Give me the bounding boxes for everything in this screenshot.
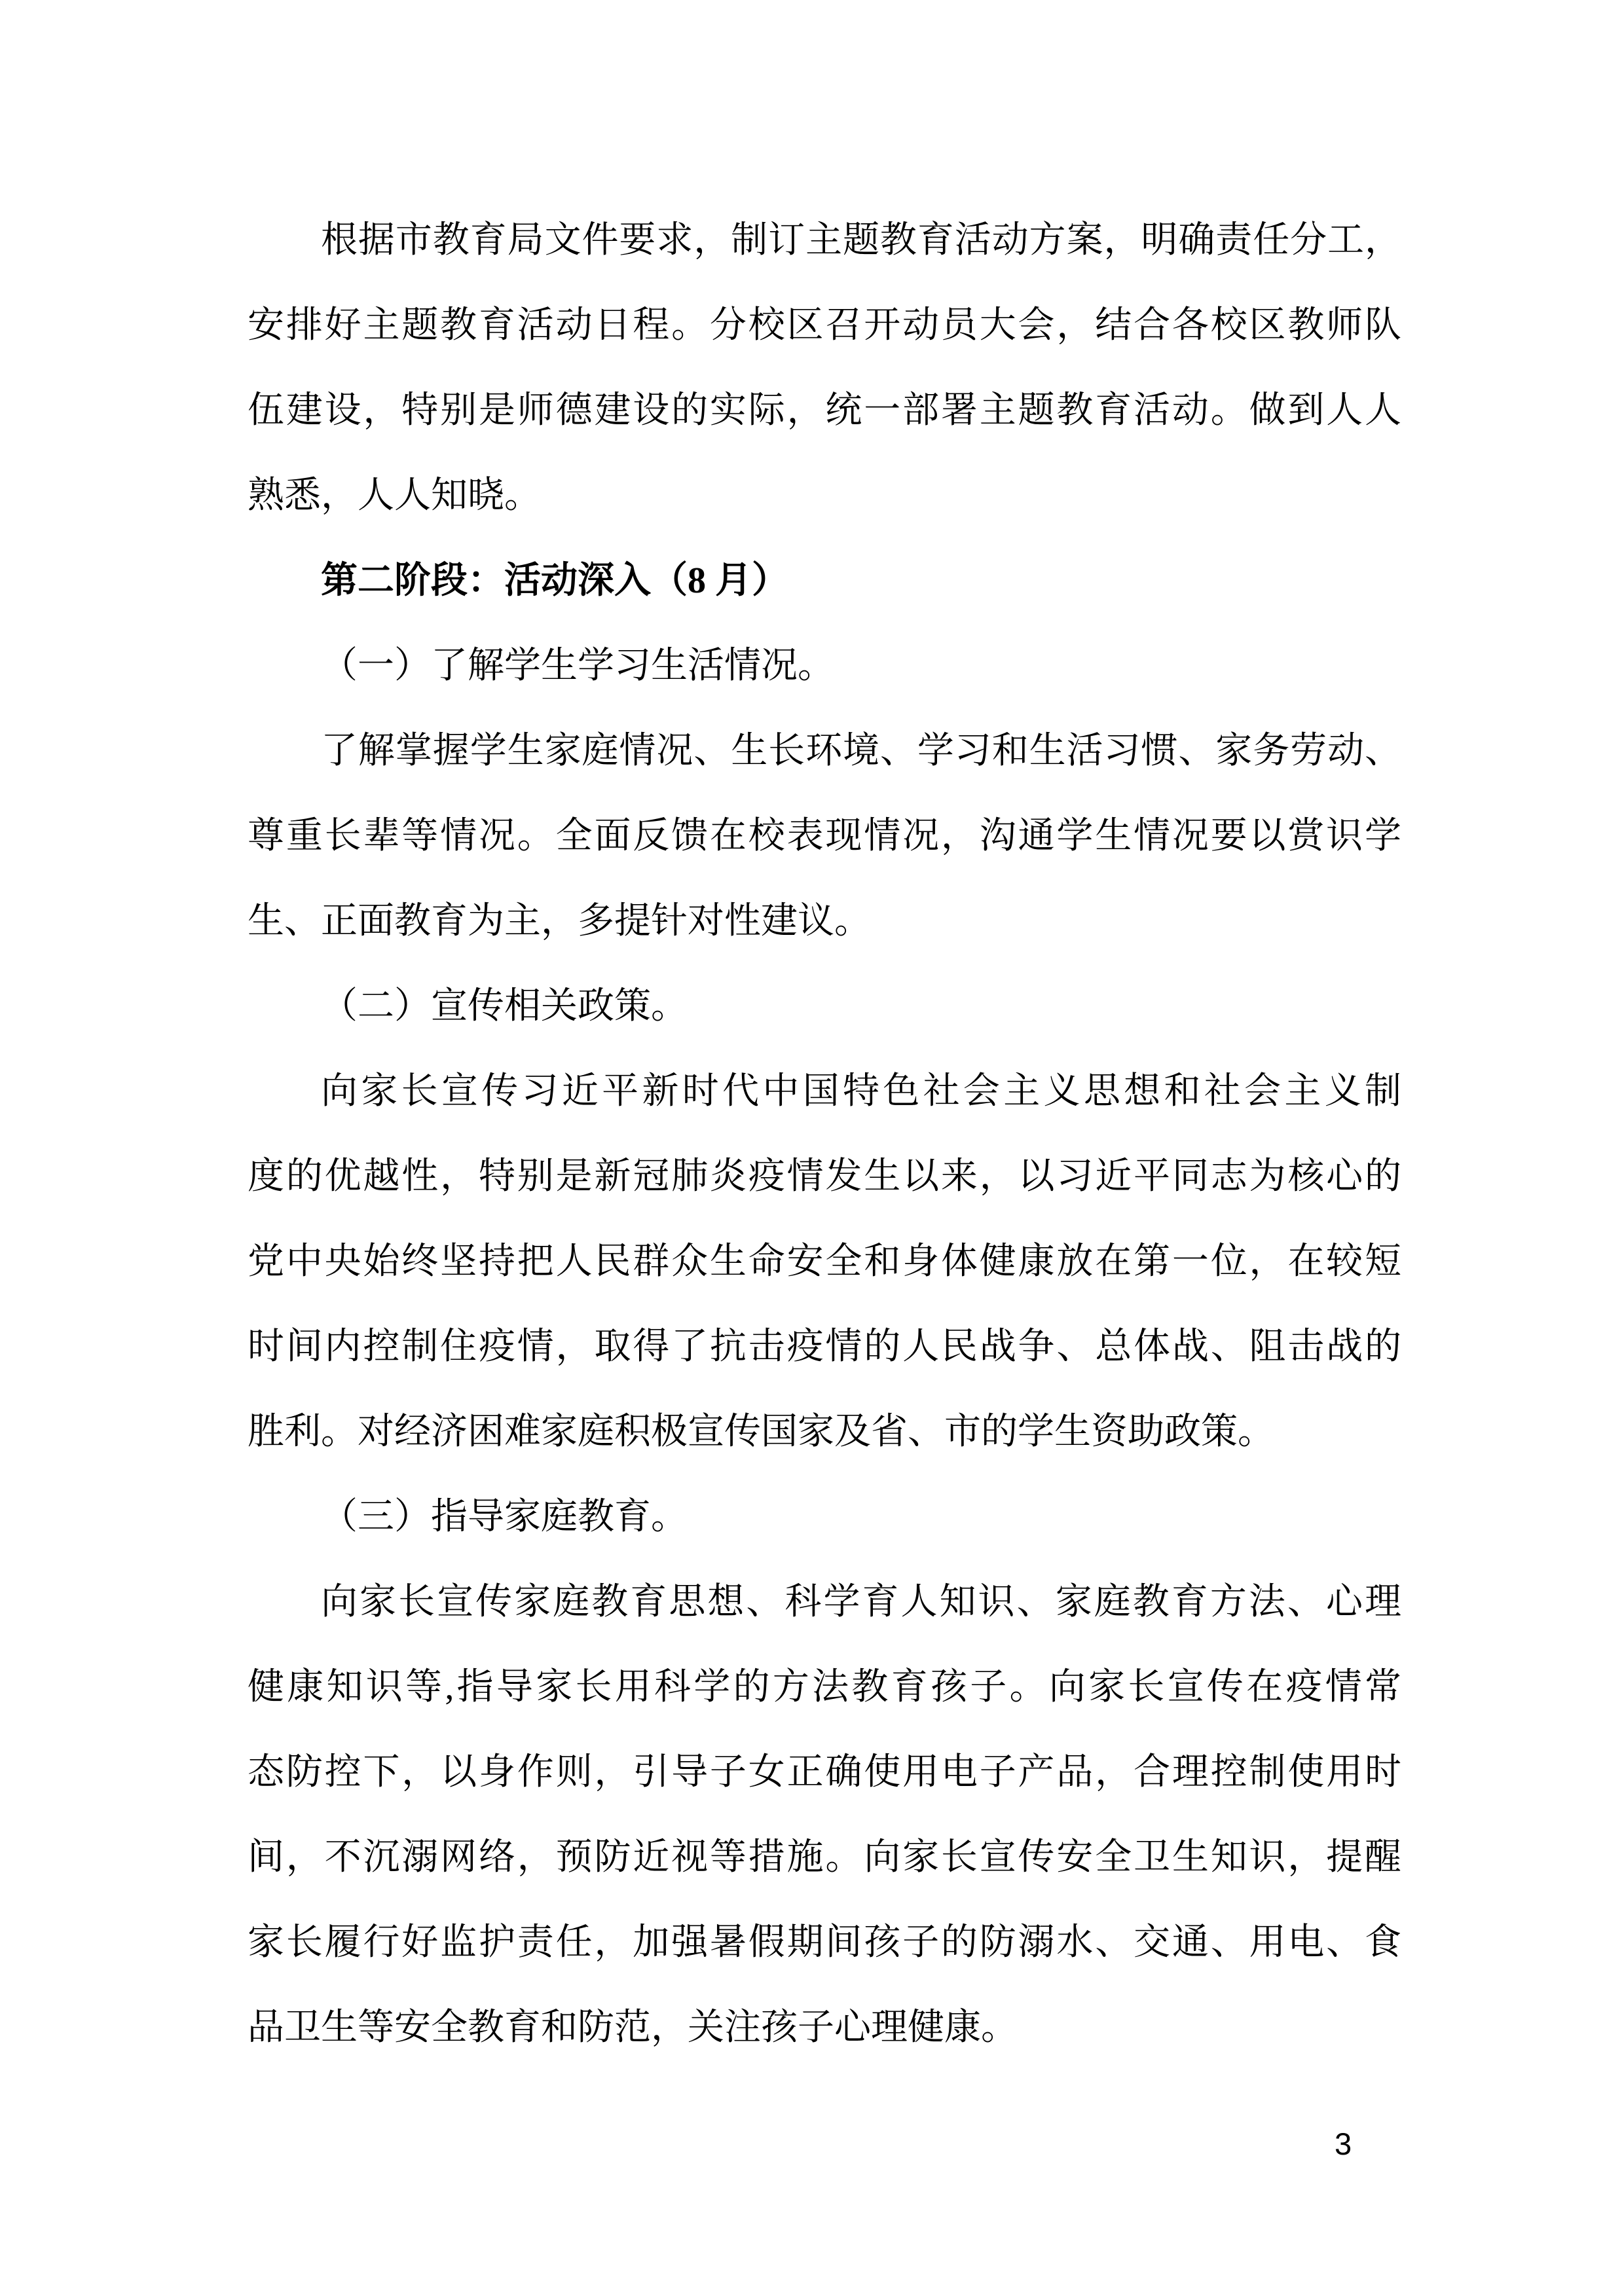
text-line: 品卫生等安全教育和防范，关注孩子心理健康。 bbox=[248, 1985, 1401, 2070]
text-line: 度的优越性，特别是新冠肺炎疫情发生以来，以习近平同志为核心的 bbox=[248, 1134, 1401, 1219]
text-line: 党中央始终坚持把人民群众生命安全和身体健康放在第一位，在较短 bbox=[248, 1219, 1401, 1304]
text-line: （一）了解学生学习生活情况。 bbox=[248, 623, 1401, 708]
text-line: 向家长宣传家庭教育思想、科学育人知识、家庭教育方法、心理 bbox=[248, 1559, 1401, 1645]
text-line: 向家长宣传习近平新时代中国特色社会主义思想和社会主义制 bbox=[248, 1049, 1401, 1134]
document-body: 根据市教育局文件要求，制订主题教育活动方案，明确责任分工，安排好主题教育活动日程… bbox=[248, 198, 1401, 2070]
text-line: 根据市教育局文件要求，制订主题教育活动方案，明确责任分工， bbox=[248, 198, 1401, 283]
text-line: 间，不沉溺网络，预防近视等措施。向家长宣传安全卫生知识，提醒 bbox=[248, 1815, 1401, 1900]
text-line: 时间内控制住疫情，取得了抗击疫情的人民战争、总体战、阻击战的 bbox=[248, 1304, 1401, 1389]
text-line: （二）宣传相关政策。 bbox=[248, 964, 1401, 1049]
text-line: 生、正面教育为主，多提针对性建议。 bbox=[248, 879, 1401, 964]
text-line: 胜利。对经济困难家庭积极宣传国家及省、市的学生资助政策。 bbox=[248, 1389, 1401, 1474]
text-line: （三）指导家庭教育。 bbox=[248, 1474, 1401, 1559]
text-line: 家长履行好监护责任，加强暑假期间孩子的防溺水、交通、用电、食 bbox=[248, 1900, 1401, 1985]
text-line: 了解掌握学生家庭情况、生长环境、学习和生活习惯、家务劳动、 bbox=[248, 708, 1401, 793]
text-line: 健康知识等,指导家长用科学的方法教育孩子。向家长宣传在疫情常 bbox=[248, 1645, 1401, 1730]
text-line: 安排好主题教育活动日程。分校区召开动员大会，结合各校区教师队 bbox=[248, 283, 1401, 368]
text-line: 第二阶段：活动深入（8 月） bbox=[248, 538, 1401, 623]
text-line: 伍建设，特别是师德建设的实际，统一部署主题教育活动。做到人人 bbox=[248, 368, 1401, 453]
document-page: 根据市教育局文件要求，制订主题教育活动方案，明确责任分工，安排好主题教育活动日程… bbox=[0, 0, 1624, 2296]
text-line: 尊重长辈等情况。全面反馈在校表现情况，沟通学生情况要以赏识学 bbox=[248, 793, 1401, 879]
text-line: 态防控下，以身作则，引导子女正确使用电子产品，合理控制使用时 bbox=[248, 1730, 1401, 1815]
text-line: 熟悉，人人知晓。 bbox=[248, 453, 1401, 538]
page-number: 3 bbox=[1335, 2128, 1352, 2159]
